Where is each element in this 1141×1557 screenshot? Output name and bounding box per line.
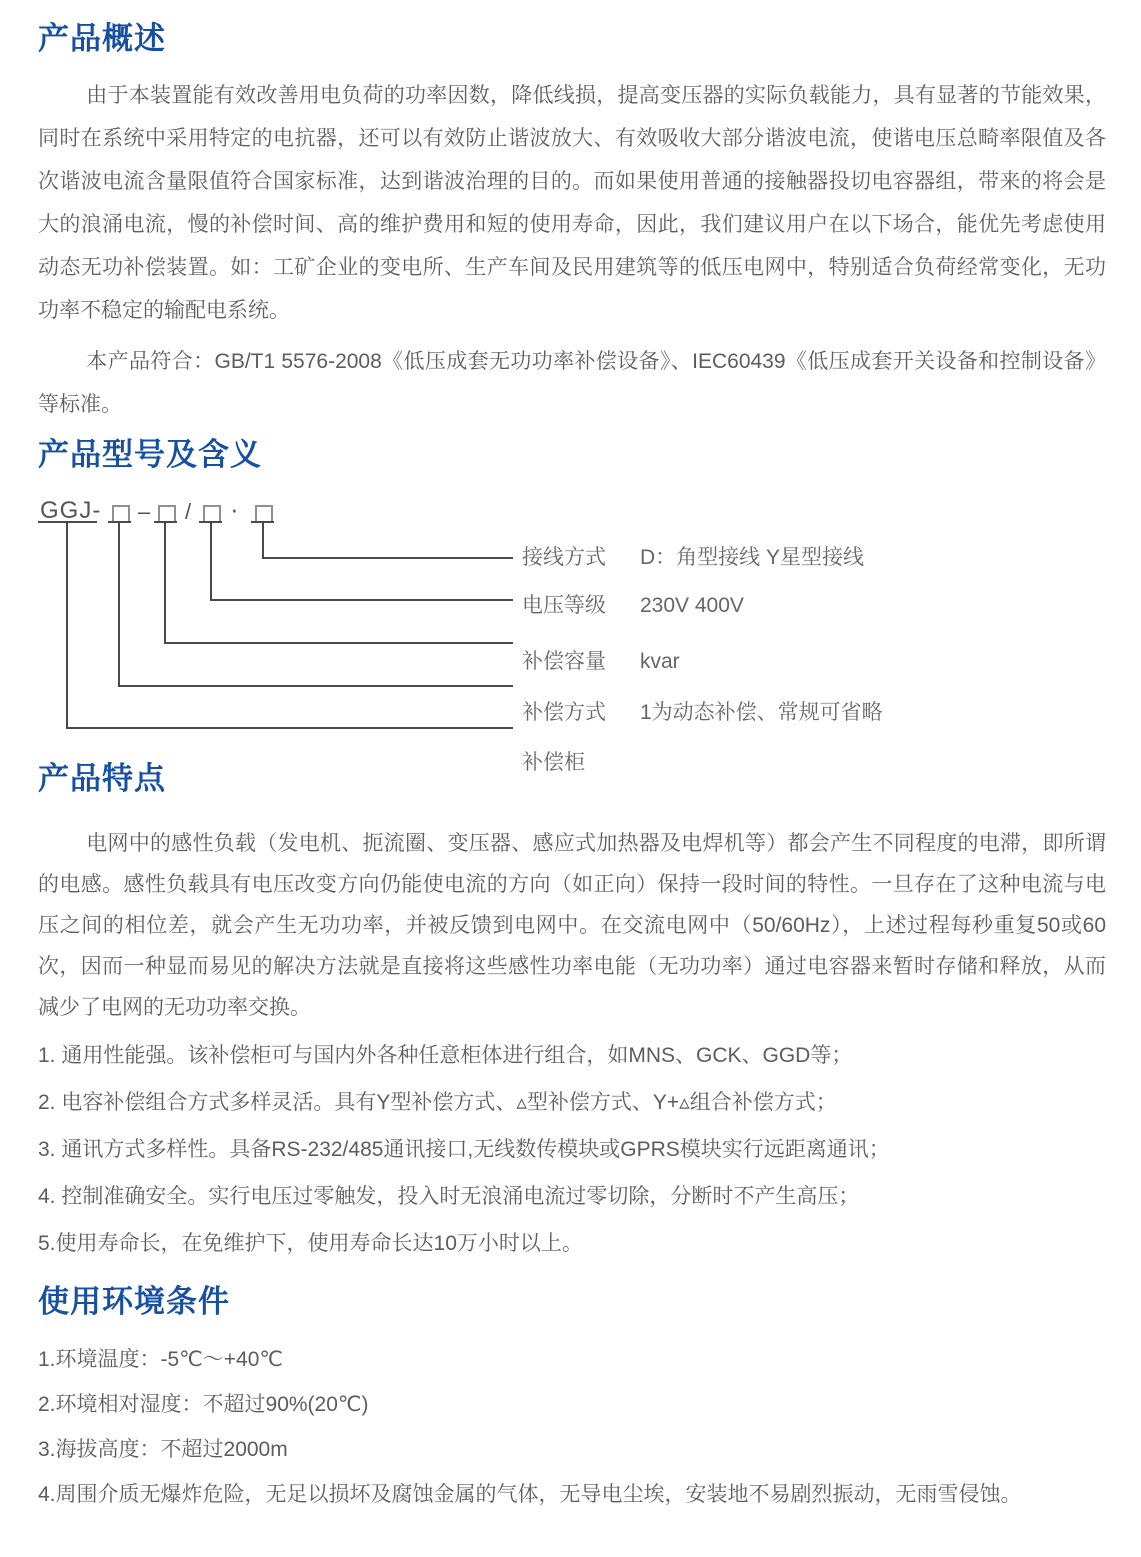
environment-item-1: 1.环境温度：-5℃～+40℃ — [38, 1337, 1110, 1382]
feature-item-4: 4. 控制准确安全。实行电压过零触发，投入时无浪涌电流过零切除，分断时不产生高压… — [38, 1173, 1110, 1220]
environment-item-2: 2.环境相对湿度：不超过90%(20℃) — [38, 1382, 1110, 1427]
model-row-desc-3: kvar — [640, 650, 680, 673]
feature-item-1: 1. 通用性能强。该补偿柜可与国内外各种任意柜体进行组合，如MNS、GCK、GG… — [38, 1032, 1110, 1079]
model-row-4: 补偿方式1为动态补偿、常规可省略 — [522, 698, 883, 728]
section-heading-features: 产品特点 — [38, 760, 166, 798]
connector-hline-row-2 — [210, 599, 513, 601]
model-row-desc-1: D：角型接线 Y星型接线 — [640, 546, 864, 569]
feature-item-2: 2. 电容补偿组合方式多样灵活。具有Y型补偿方式、▵型补偿方式、Y+▵组合补偿方… — [38, 1079, 1110, 1126]
connector-vline-prefix — [66, 523, 68, 729]
model-row-desc-2: 230V 400V — [640, 594, 744, 617]
model-row-term-2: 电压等级 — [522, 591, 640, 621]
features-intro-paragraph: 电网中的感性负载（发电机、扼流圈、变压器、感应式加热器及电焊机等）都会产生不同程… — [38, 823, 1106, 1028]
section-heading-environment: 使用环境条件 — [38, 1283, 230, 1321]
model-row-1: 接线方式D：角型接线 Y星型接线 — [522, 543, 864, 573]
model-row-desc-4: 1为动态补偿、常规可省略 — [640, 701, 883, 724]
environment-item-3: 3.海拔高度：不超过2000m — [38, 1427, 1110, 1472]
connector-vline-box-3 — [210, 523, 212, 601]
document-page: 产品概述 由于本装置能有效改善用电负荷的功率因数，降低线损，提高变压器的实际负载… — [0, 0, 1141, 1557]
model-separator-dash: – — [138, 499, 150, 525]
model-separator-dot: · — [230, 494, 239, 525]
model-separator-slash: / — [185, 499, 191, 525]
model-row-term-3: 补偿容量 — [522, 647, 640, 677]
connector-hline-row-4 — [118, 685, 513, 687]
model-row-term-4: 补偿方式 — [522, 698, 640, 728]
model-row-term-1: 接线方式 — [522, 543, 640, 573]
model-code-diagram: GGJ- – / · 接线方式D：角型接线 Y星型接线 电压等级230V 400… — [0, 0, 1141, 1557]
connector-hline-row-1 — [262, 557, 513, 559]
environment-item-4: 4.周围介质无爆炸危险，无足以损坏及腐蚀金属的气体，无导电尘埃，安装地不易剧烈振… — [38, 1472, 1110, 1517]
connector-vline-box-4 — [262, 523, 264, 559]
model-row-5: 补偿柜 — [522, 748, 640, 778]
connector-vline-box-1 — [118, 523, 120, 687]
environment-list: 1.环境温度：-5℃～+40℃ 2.环境相对湿度：不超过90%(20℃) 3.海… — [38, 1337, 1110, 1517]
connector-hline-row-3 — [164, 642, 513, 644]
connector-vline-box-2 — [164, 523, 166, 644]
feature-item-5: 5.使用寿命长，在免维护下，使用寿命长达10万小时以上。 — [38, 1220, 1110, 1267]
model-row-2: 电压等级230V 400V — [522, 591, 744, 621]
model-row-term-5: 补偿柜 — [522, 748, 640, 778]
feature-item-3: 3. 通讯方式多样性。具备RS-232/485通讯接口,无线数传模块或GPRS模… — [38, 1126, 1110, 1173]
connector-hline-row-5 — [66, 727, 513, 729]
feature-list: 1. 通用性能强。该补偿柜可与国内外各种任意柜体进行组合，如MNS、GCK、GG… — [38, 1032, 1110, 1267]
model-row-3: 补偿容量kvar — [522, 647, 680, 677]
